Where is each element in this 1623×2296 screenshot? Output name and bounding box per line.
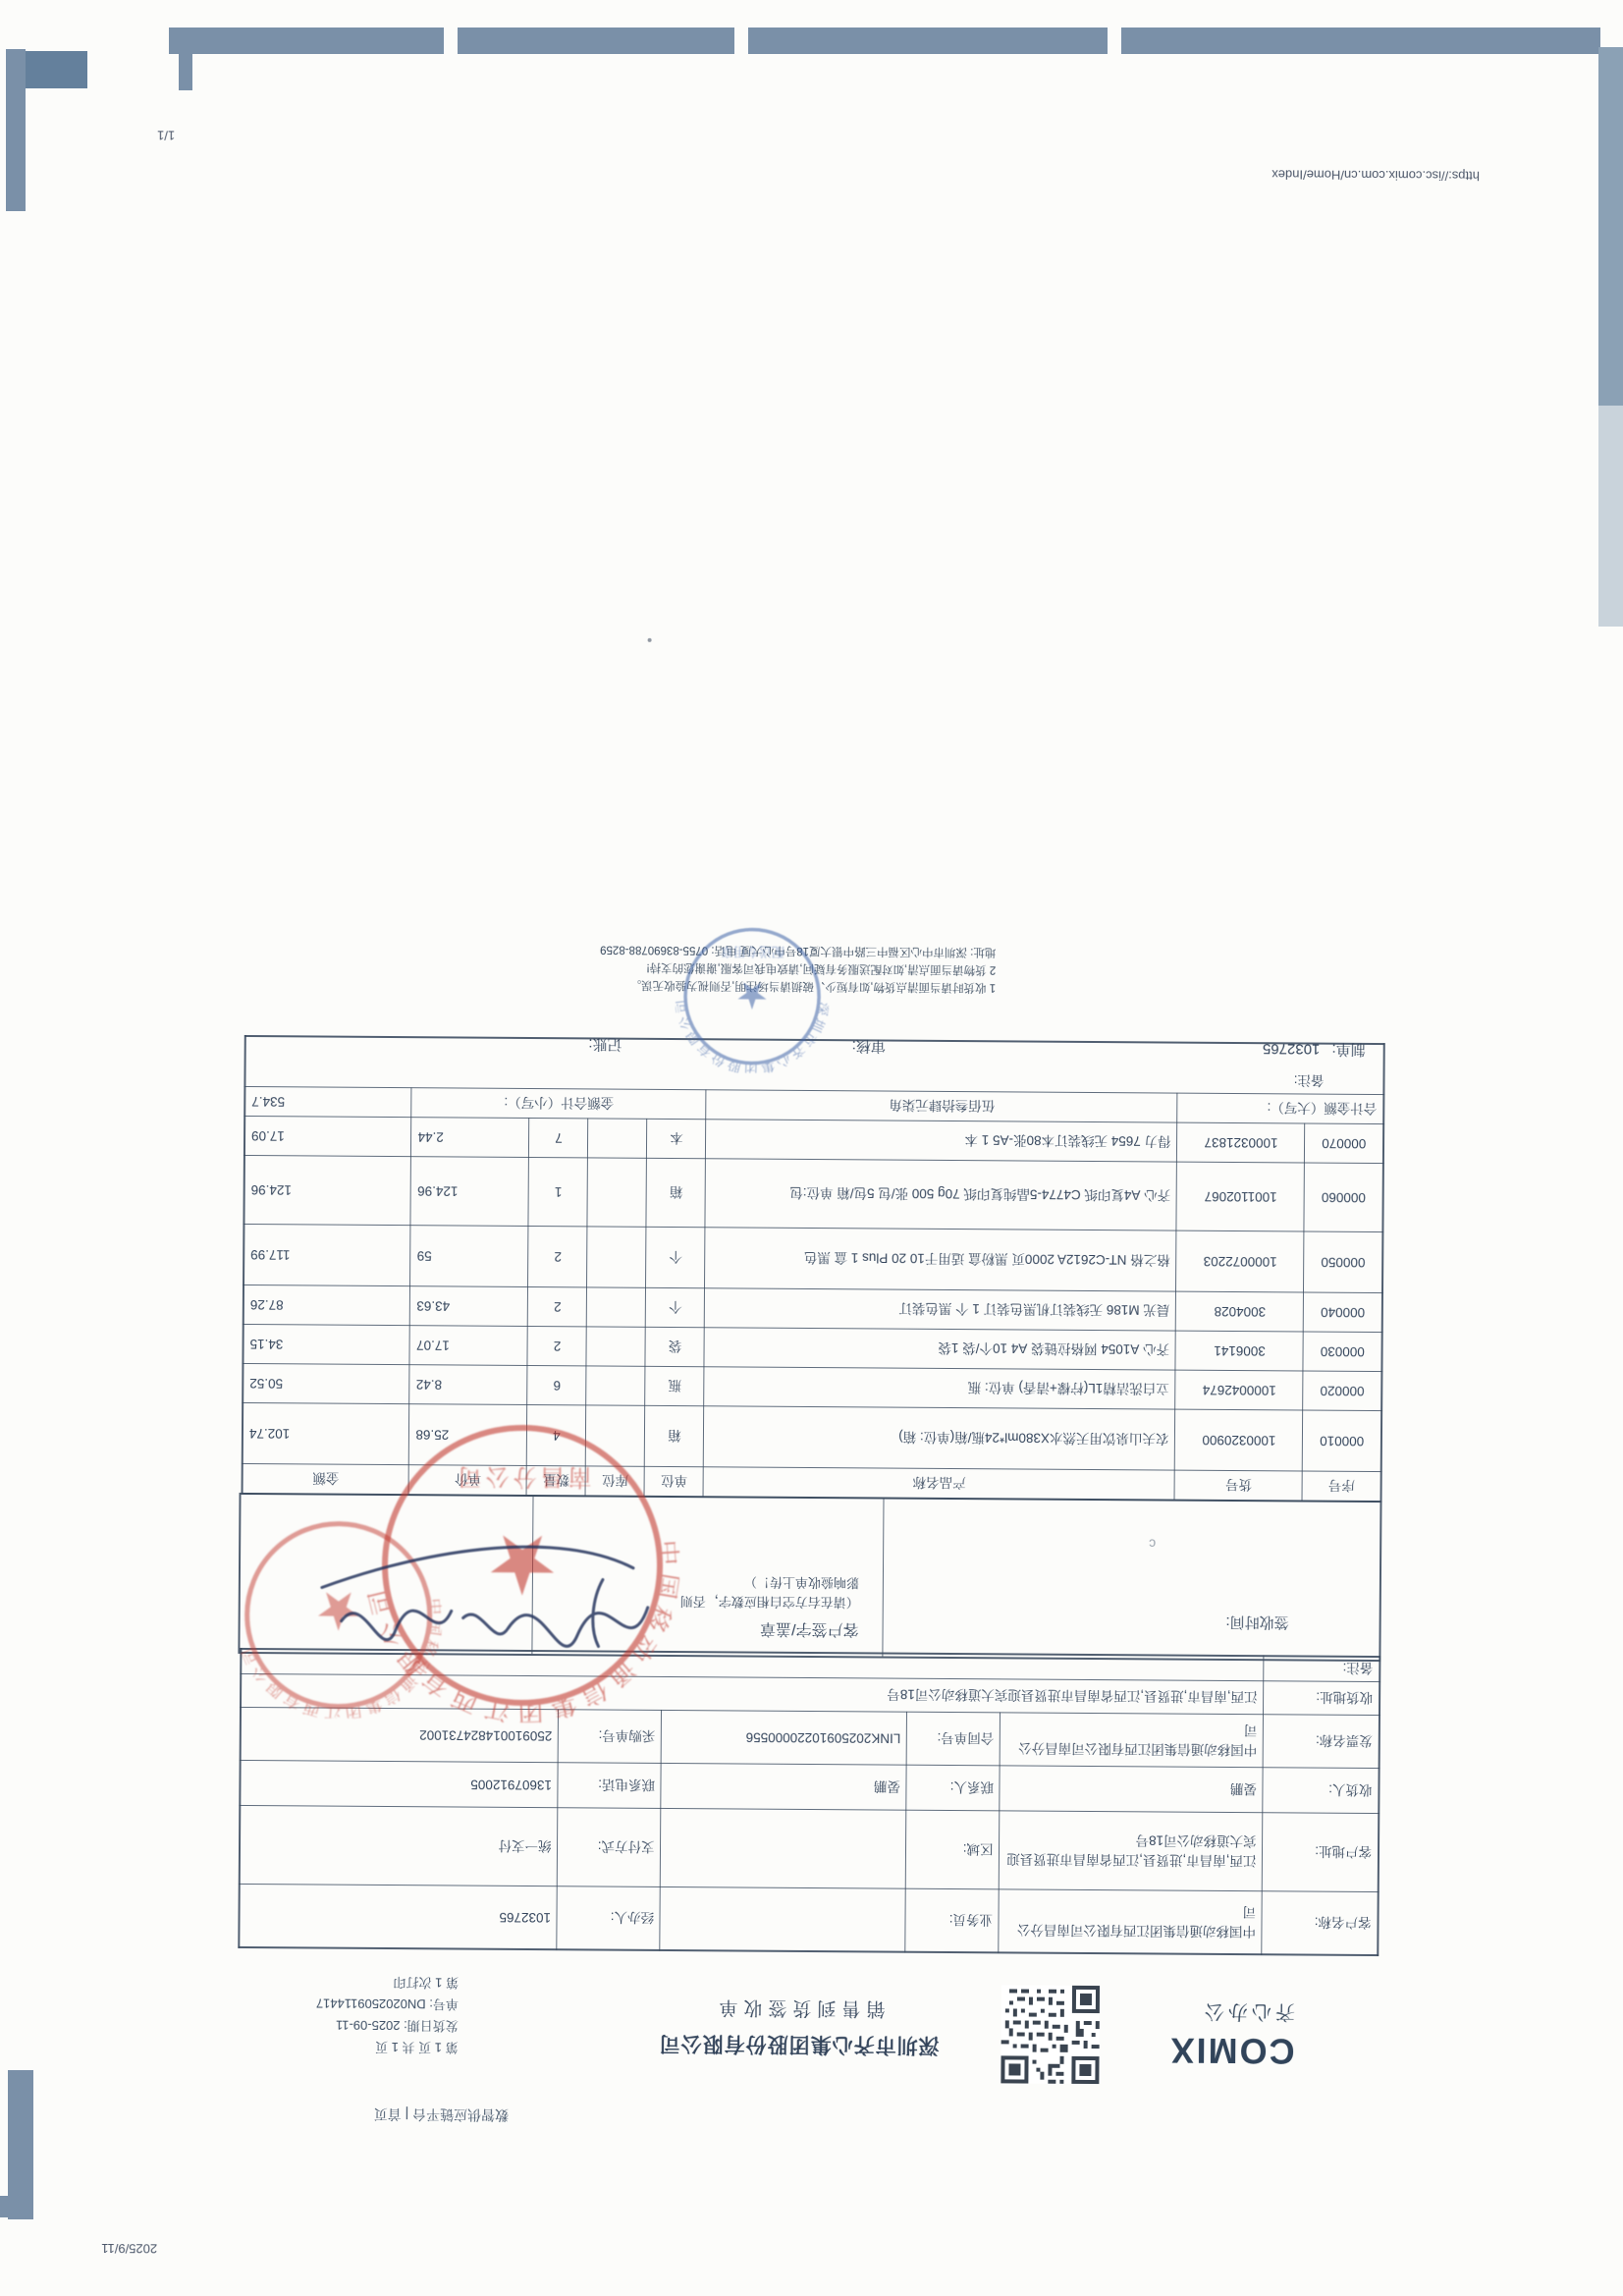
divider	[882, 1500, 884, 1657]
customer-sign-cell: 客户签字/盖章 （请在右方空白相应数字，否则 影响验收单上传！）	[544, 1570, 858, 1642]
cell-loc	[586, 1366, 645, 1405]
column-header: 数量	[527, 1466, 586, 1496]
receiver-label: 收货人:	[1263, 1768, 1379, 1814]
column-header: 金额	[243, 1464, 409, 1495]
doc-header-title: 深圳市齐心集团股份有限公司 销售到货签收单	[642, 1995, 956, 2061]
customer-name-label: 客户名称:	[1262, 1891, 1378, 1955]
customer-sign-title: 客户签字/盖章	[544, 1617, 858, 1642]
total-amount: 534.7	[244, 1087, 411, 1118]
fine-print: 1 收货时请当面清点货物,如有短少、破损请当场注明,否则视为验收无误。 2 货物…	[406, 939, 996, 996]
cell-name: 晨光 M186 无线装订机黑色装订 1 个 黑色装订	[705, 1288, 1176, 1331]
scan-edge-left-bar	[6, 49, 26, 211]
table-row: 客户地址: 江西,南昌市,进贤县,江西省南昌市进贤县迎宾大道移动公司18号 区域…	[240, 1806, 1380, 1892]
scan-edge-block	[15, 51, 87, 88]
handler-value: 1032765	[239, 1885, 557, 1949]
contact-value: 晏鹏	[661, 1764, 906, 1811]
product-table: 序号货号产品名称单位库位数量单价金额0000101000320900农夫山泉饮用…	[242, 1035, 1385, 1503]
scan-edge-top-bar	[169, 27, 1600, 54]
po-no-label: 采购单号:	[559, 1710, 662, 1764]
cell-amount: 87.26	[243, 1285, 410, 1326]
cell-qty: 1	[528, 1158, 587, 1227]
cell-amount: 124.96	[243, 1156, 410, 1226]
table-row: 收货人: 晏鹏 联系人: 晏鹏 联系电话: 13607912005	[240, 1761, 1379, 1814]
cell-qty: 6	[527, 1366, 586, 1405]
ship-date: 发货日期: 2025-09-11	[238, 2013, 459, 2037]
cell-qty: 7	[529, 1119, 588, 1158]
cell-loc	[587, 1158, 646, 1227]
bookkeeper-label: 记账:	[588, 1035, 622, 1052]
cell-price: 25.68	[409, 1404, 527, 1466]
total-cap-value: 伍佰叁拾肆元柒角	[706, 1090, 1177, 1122]
cell-price: 124.96	[410, 1157, 528, 1227]
handler-label: 经办人:	[557, 1886, 660, 1950]
cell-name: 农夫山泉饮用天然水X380ml*24瓶/箱(单位: 箱)	[704, 1406, 1175, 1470]
cell-price: 59	[410, 1226, 528, 1287]
order-info-table: 客户名称: 中国移动通信集团江西有限公司南昌分公司 业务员: 经办人: 1032…	[238, 1648, 1380, 1956]
salesman-value	[660, 1887, 905, 1952]
cell-code: 1000320900	[1175, 1410, 1303, 1472]
cell-unit: 个	[646, 1228, 705, 1288]
comix-logo: COMIX 齐心办公	[1168, 1999, 1295, 2072]
print-date: 2025/9/11	[101, 2241, 157, 2256]
scan-edge-right-bar-faded	[1598, 406, 1623, 627]
qr-code-image	[1001, 1985, 1100, 2084]
payment-label: 支付方式:	[558, 1808, 662, 1887]
maker-label: 制单:	[1331, 1041, 1365, 1058]
reviewer-label: 审核:	[852, 1037, 886, 1054]
cell-amount: 34.15	[243, 1325, 409, 1365]
comix-logo-subtext: 齐心办公	[1169, 1999, 1295, 2029]
qr-code	[1001, 1980, 1100, 2084]
cell-unit: 个	[646, 1288, 705, 1328]
table-row: 0000201000042674立白洗洁精1L(柠檬+清香) 单位: 瓶瓶68.…	[243, 1364, 1381, 1411]
cell-amount: 102.74	[243, 1403, 409, 1465]
salesman-label: 业务员:	[905, 1889, 999, 1953]
doc-header-meta: 第 1 页 共 1 页 发货日期: 2025-09-11 单号: DN02025…	[238, 1970, 460, 2058]
scan-speck	[648, 638, 652, 642]
receiver-value: 晏鹏	[1000, 1766, 1263, 1813]
print-count: 第 1 次打印	[238, 1970, 459, 1994]
order-number: 单号: DN0202509114417	[238, 1992, 459, 2015]
cell-unit: 本	[647, 1120, 706, 1159]
table-row: 0000701000321837得力 7654 无线装订本80张-A5 1 本本…	[244, 1117, 1383, 1164]
scan-artifact-c: c	[1149, 1536, 1156, 1552]
po-no-value: 250910014824731002	[241, 1708, 559, 1763]
phone-value: 13607912005	[240, 1761, 558, 1808]
total-small-label: 金额合计（小写）:	[411, 1088, 706, 1120]
page-info: 第 1 页 共 1 页	[238, 2035, 459, 2058]
signature-section: 签收时间: c 客户签字/盖章 （请在右方空白相应数字，否则 影响验收单上传！）	[238, 1493, 1381, 1662]
company-name: 深圳市齐心集团股份有限公司	[642, 2030, 956, 2061]
cell-seq: 000020	[1303, 1372, 1381, 1412]
table-row: 0000101000320900农夫山泉饮用天然水X380ml*24瓶/箱(单位…	[243, 1403, 1381, 1472]
cell-qty: 4	[527, 1405, 586, 1466]
scan-edge-right-bar	[1598, 47, 1623, 406]
cell-seq: 000010	[1303, 1411, 1381, 1473]
cell-name: 格之格 NT-C2612A 2000页 黑粉盒 适用于10 20 Plus 1 …	[705, 1228, 1176, 1291]
scan-edge-gap	[1108, 26, 1121, 57]
divider	[531, 1497, 533, 1654]
cell-unit: 瓶	[645, 1367, 704, 1406]
scan-edge-gap	[444, 26, 458, 57]
cell-unit: 箱	[645, 1406, 704, 1467]
table-row: 0000501000072203格之格 NT-C2612A 2000页 黑粉盒 …	[243, 1225, 1382, 1293]
invoice-name-label: 发票名称:	[1264, 1715, 1380, 1769]
table-row: 0000601001102067齐心 A4复印纸 C4774-5晶纯复印纸 70…	[243, 1156, 1382, 1232]
comix-logo-text: COMIX	[1168, 2030, 1294, 2072]
cell-amount: 117.99	[243, 1225, 410, 1286]
doc-title: 销售到货签收单	[642, 1995, 956, 2024]
table-row: 客户名称: 中国移动通信集团江西有限公司南昌分公司 业务员: 经办人: 1032…	[239, 1885, 1378, 1955]
document-content: 2025/9/11 数智供应链平台 | 首页 https://isc.comix…	[0, 0, 1623, 2296]
cell-name: 齐心 A4复印纸 C4774-5晶纯复印纸 70g 500 张/包 5包/箱 单…	[705, 1159, 1176, 1230]
cell-loc	[586, 1327, 645, 1366]
contact-label: 联系人:	[906, 1766, 1000, 1812]
cell-seq: 000050	[1304, 1232, 1382, 1294]
scan-edge-tick	[179, 27, 192, 90]
contract-no-value: LINK20250910220000556	[662, 1711, 907, 1766]
customer-sign-note1: （请在右方空白相应数字，否则	[545, 1590, 859, 1612]
cell-code: 1000072203	[1176, 1231, 1304, 1293]
cell-unit: 箱	[646, 1159, 705, 1228]
cell-price: 17.07	[409, 1326, 527, 1366]
customer-addr-label: 客户地址:	[1263, 1813, 1380, 1892]
cell-code: 3004028	[1176, 1292, 1304, 1333]
cell-seq: 000060	[1304, 1164, 1382, 1233]
cell-seq: 000030	[1303, 1333, 1381, 1373]
cell-amount: 50.52	[243, 1364, 409, 1404]
cell-name: 得力 7654 无线装订本80张-A5 1 本	[706, 1120, 1177, 1162]
cell-loc	[587, 1287, 646, 1327]
cell-code: 1001102067	[1176, 1163, 1304, 1232]
cell-qty: 2	[528, 1227, 587, 1287]
cell-name: 齐心 A1054 网格拉链袋 A4 10个/袋 1袋	[704, 1328, 1175, 1370]
cell-qty: 2	[527, 1327, 586, 1366]
column-header: 库位	[586, 1466, 645, 1496]
table-row: 发票名称: 中国移动通信集团江西有限公司南昌分公司 合同单号: LINK2025…	[241, 1708, 1380, 1769]
cell-seq: 000070	[1305, 1124, 1383, 1165]
customer-name-value: 中国移动通信集团江西有限公司南昌分公司	[999, 1889, 1262, 1954]
scan-edge-gap	[734, 26, 748, 57]
sign-time-label: 签收时间:	[1225, 1613, 1288, 1633]
scan-edge-corner-block	[0, 2196, 18, 2217]
cell-loc	[587, 1227, 646, 1287]
cell-name: 立白洗洁精1L(柠檬+清香) 单位: 瓶	[704, 1367, 1175, 1409]
maker-value: 1032765	[1263, 1040, 1321, 1057]
region-value	[661, 1809, 907, 1889]
column-header: 序号	[1303, 1472, 1381, 1503]
payment-value: 统一支付	[240, 1806, 559, 1886]
total-cap-label: 合计金额（大写）:	[1177, 1094, 1383, 1124]
column-header: 货号	[1175, 1471, 1303, 1502]
column-header: 产品名称	[704, 1467, 1175, 1500]
cell-price: 2.44	[411, 1118, 529, 1158]
table-row: 0000403004028晨光 M186 无线装订机黑色装订 1 个 黑色装订个…	[243, 1285, 1382, 1333]
cell-amount: 17.09	[244, 1117, 411, 1157]
phone-label: 联系电话:	[558, 1763, 661, 1809]
invoice-name-value: 中国移动通信集团江西有限公司南昌分公司	[1001, 1713, 1264, 1768]
customer-addr-value: 江西,南昌市,进贤县,江西省南昌市进贤县迎宾大道移动公司18号	[1000, 1811, 1264, 1891]
cell-loc	[586, 1405, 645, 1466]
cell-price: 8.42	[409, 1365, 527, 1405]
cell-unit: 袋	[645, 1328, 704, 1367]
cell-seq: 000040	[1304, 1293, 1382, 1334]
cell-price: 43.63	[410, 1286, 528, 1327]
contract-no-label: 合同单号:	[907, 1713, 1001, 1767]
cell-code: 3006141	[1175, 1332, 1303, 1372]
scanned-page: 2025/9/11 数智供应链平台 | 首页 https://isc.comix…	[0, 0, 1623, 2296]
print-page-indicator: 1/1	[157, 128, 175, 142]
customer-sign-note2: 影响验收单上传！）	[545, 1570, 859, 1592]
column-header: 单位	[645, 1467, 704, 1497]
ship-addr-label: 收货地址:	[1264, 1681, 1380, 1716]
cell-qty: 2	[528, 1287, 587, 1327]
cell-code: 1000042674	[1175, 1371, 1303, 1411]
cell-code: 1000321837	[1177, 1123, 1305, 1164]
print-site-title: 数智供应链平台 | 首页	[374, 2105, 510, 2125]
table-row: 0000303006141齐心 A1054 网格拉链袋 A4 10个/袋 1袋袋…	[243, 1325, 1381, 1372]
region-label: 区域:	[906, 1811, 1001, 1890]
column-header: 单价	[409, 1465, 527, 1496]
print-url: https://isc.comix.com.cn/Home/Index	[1271, 167, 1480, 183]
cell-loc	[588, 1119, 647, 1158]
